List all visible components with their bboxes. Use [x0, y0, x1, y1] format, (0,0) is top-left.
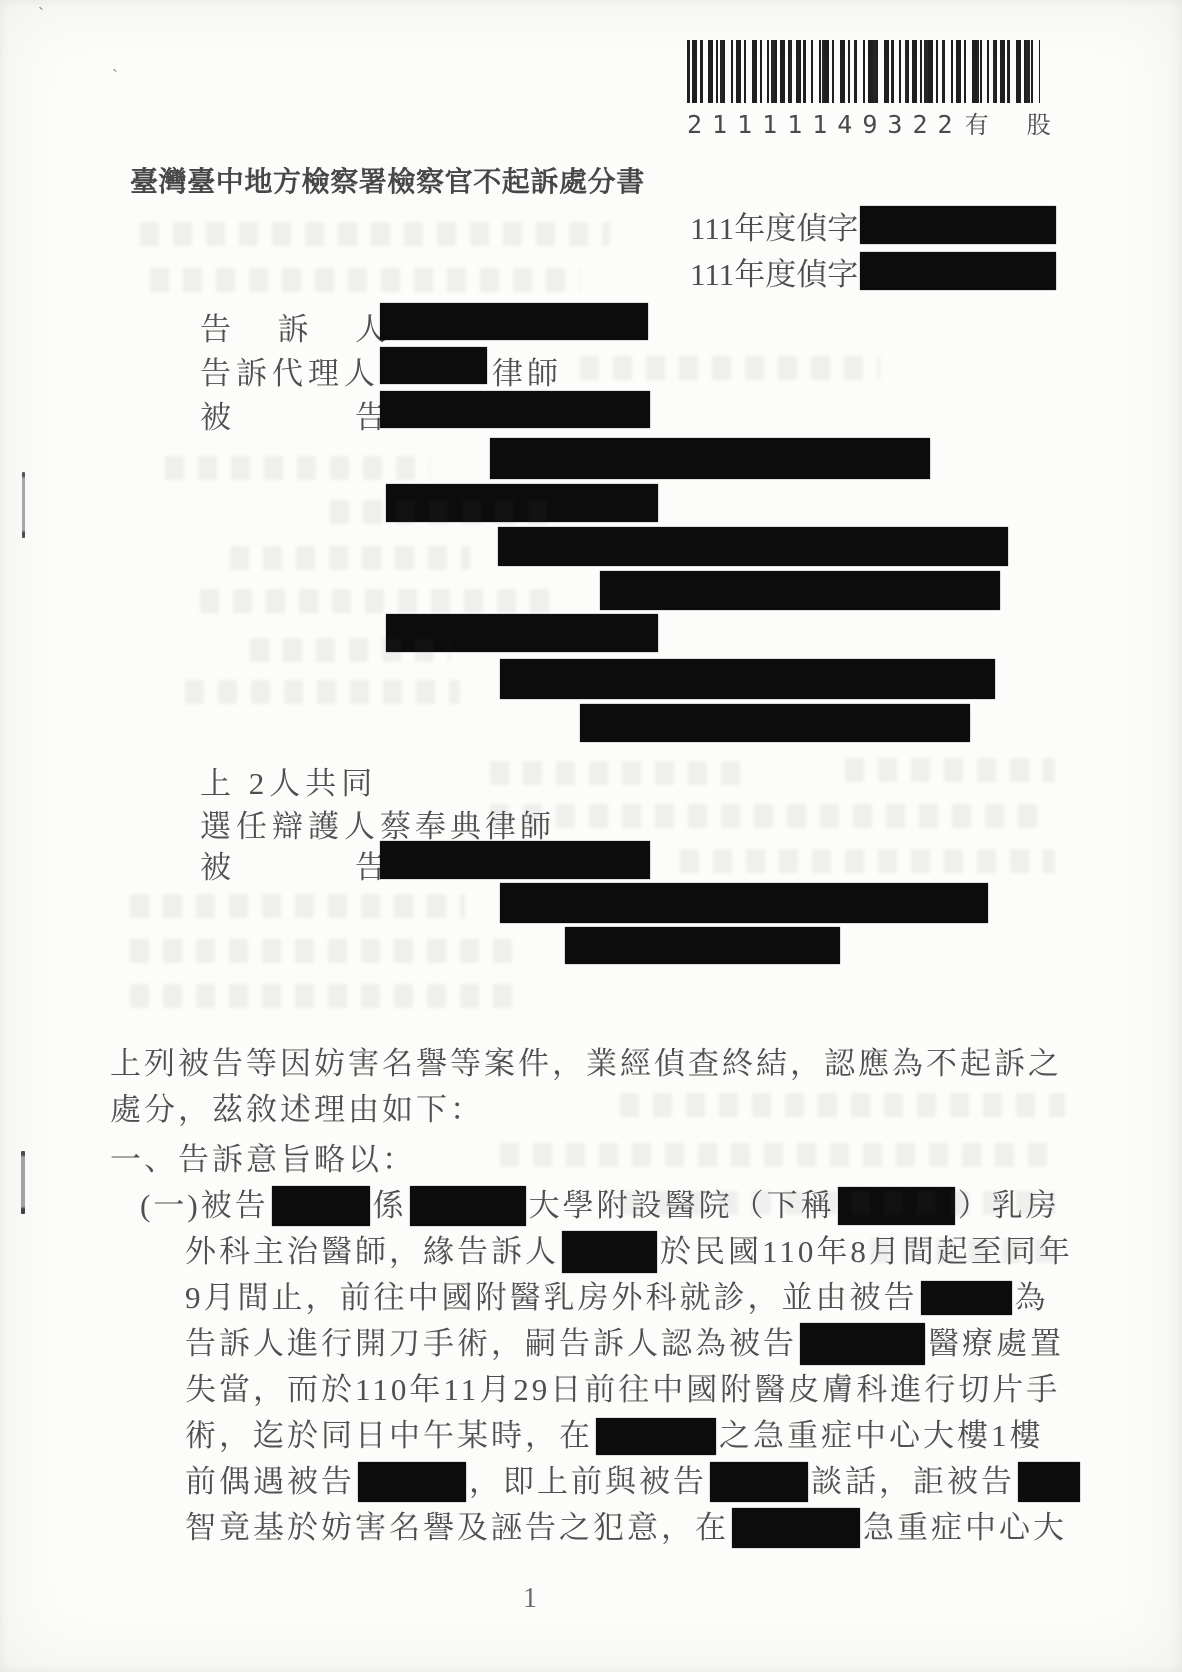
body-text: 9月間止，前往中國附醫乳房外科就診，並由被告	[185, 1276, 918, 1320]
redaction-bar	[358, 1462, 466, 1502]
body-line: 一、告訴意旨略以：	[110, 1138, 416, 1182]
redaction-bar	[800, 1323, 925, 1365]
party-label: 上 2人共同	[200, 758, 377, 803]
party-label: 選任辯護人	[200, 801, 380, 846]
redaction-bar	[380, 347, 487, 384]
redaction-bar	[380, 841, 650, 879]
redaction-bar	[1018, 1462, 1080, 1502]
body-line: 告訴人進行開刀手術，嗣告訴人認為被告醫療處置	[185, 1322, 1064, 1366]
party-label-char: 訴	[278, 304, 309, 349]
party-text: 蔡奉典律師	[380, 801, 555, 846]
party-label: 被告	[200, 392, 386, 437]
body-line: 術，迄於同日中午某時，在之急重症中心大樓1樓	[185, 1414, 1044, 1458]
barcode-digits: 21111149322	[687, 110, 963, 139]
body-text: 大學附設醫院（下稱	[529, 1184, 835, 1228]
party-label: 被告	[200, 842, 386, 887]
party-row: 告訴代理人律師	[0, 347, 1182, 389]
scan-speck: `	[112, 66, 118, 87]
party-row	[0, 438, 1182, 480]
party-label-char: 被	[200, 392, 231, 437]
redaction-bar	[386, 614, 658, 652]
body-text: 處分，茲敘述理由如下：	[110, 1088, 484, 1132]
redaction-bar	[380, 303, 648, 340]
page-number: 1	[455, 1583, 605, 1615]
body-text: 術，迄於同日中午某時，在	[185, 1414, 593, 1458]
document-title: 臺灣臺中地方檢察署檢察官不起訴處分書	[130, 160, 645, 200]
party-row	[0, 704, 1182, 746]
body-text: 談話，詎被告	[811, 1460, 1015, 1504]
bleedthrough-artifact	[140, 222, 610, 246]
body-line: 前偶遇被告，即上前與被告談話，詎被告	[185, 1460, 1083, 1504]
party-label-char: 告	[200, 304, 231, 349]
redaction-bar	[860, 206, 1056, 244]
bleedthrough-artifact	[130, 984, 515, 1008]
body-text: 於民國110年8月間起至同年	[660, 1230, 1073, 1274]
party-row	[0, 614, 1182, 656]
redaction-bar	[498, 527, 1008, 566]
redaction-bar	[410, 1186, 526, 1226]
party-label: 告訴代理人	[200, 348, 380, 393]
body-text: 上列被告等因妨害名譽等案件，業經偵查終結，認應為不起訴之	[110, 1042, 1062, 1086]
redaction-bar	[596, 1418, 716, 1455]
body-line: 處分，茲敘述理由如下：	[110, 1088, 484, 1132]
bleedthrough-artifact	[620, 1093, 1065, 1117]
party-row: 告訴人	[0, 303, 1182, 345]
redaction-bar	[860, 252, 1056, 290]
barcode-suffix-text: 有 股	[965, 113, 1067, 139]
case-number-prefix: 111年度偵字	[690, 249, 858, 294]
body-text: 之急重症中心大樓1樓	[719, 1414, 1044, 1458]
body-text: 醫療處置	[928, 1322, 1064, 1366]
case-number-line-1: 111年度偵字	[690, 205, 1056, 245]
redaction-bar	[562, 1231, 657, 1273]
barcode-image	[687, 40, 1040, 103]
party-row	[0, 927, 1182, 969]
body-line: 上列被告等因妨害名譽等案件，業經偵查終結，認應為不起訴之	[110, 1042, 1062, 1086]
party-row: 被告	[0, 391, 1182, 433]
body-text: 智竟基於妨害名譽及誣告之犯意，在	[185, 1506, 729, 1550]
case-number-line-2: 111年度偵字	[690, 251, 1056, 291]
barcode-block: 21111149322有 股	[687, 40, 1040, 140]
body-text: (一)被告	[140, 1184, 269, 1228]
redaction-bar	[732, 1508, 860, 1548]
staple-mark	[22, 472, 25, 538]
body-line: (一)被告係大學附設醫院（下稱）乳房	[140, 1184, 1060, 1228]
party-text: 律師	[492, 348, 562, 393]
staple-mark	[21, 1151, 25, 1214]
body-text: 前偶遇被告	[185, 1460, 355, 1504]
party-row: 選任辯護人蔡奉典律師	[0, 800, 1182, 842]
redaction-bar	[710, 1462, 808, 1502]
scanned-document-page: 21111149322有 股 臺灣臺中地方檢察署檢察官不起訴處分書 111年度偵…	[0, 0, 1182, 1672]
body-text: 為	[1015, 1276, 1049, 1320]
body-text: ，即上前與被告	[469, 1460, 707, 1504]
party-row	[0, 571, 1182, 613]
body-text: 外科主治醫師，緣告訴人	[185, 1230, 559, 1274]
party-label-char: 被	[200, 842, 231, 887]
redaction-bar	[490, 438, 930, 479]
body-text: ）乳房	[958, 1184, 1060, 1228]
redaction-bar	[565, 927, 840, 964]
party-row	[0, 527, 1182, 569]
party-row	[0, 659, 1182, 701]
bleedthrough-artifact	[150, 268, 580, 292]
body-line: 失當，而於110年11月29日前往中國附醫皮膚科進行切片手	[185, 1368, 1060, 1412]
body-text: 急重症中心大	[863, 1506, 1067, 1550]
redaction-bar	[386, 484, 658, 522]
redaction-bar	[600, 571, 1000, 610]
body-line: 外科主治醫師，緣告訴人於民國110年8月間起至同年	[185, 1230, 1073, 1274]
redaction-bar	[580, 704, 970, 742]
party-row	[0, 883, 1182, 925]
body-text: 告訴人進行開刀手術，嗣告訴人認為被告	[185, 1322, 797, 1366]
party-label: 告訴人	[200, 304, 386, 349]
body-text: 一、告訴意旨略以：	[110, 1138, 416, 1182]
redaction-bar	[500, 883, 988, 923]
redaction-bar	[272, 1186, 370, 1226]
redaction-bar	[380, 391, 650, 428]
barcode-label: 21111149322有 股	[687, 105, 1040, 140]
party-row	[0, 484, 1182, 526]
redaction-bar	[500, 659, 995, 699]
body-text: 失當，而於110年11月29日前往中國附醫皮膚科進行切片手	[185, 1368, 1060, 1412]
body-line: 智竟基於妨害名譽及誣告之犯意，在急重症中心大	[185, 1506, 1067, 1550]
bleedthrough-artifact	[500, 1143, 1055, 1167]
scan-speck: `	[38, 4, 44, 25]
party-row: 上 2人共同	[0, 757, 1182, 799]
party-row: 被告	[0, 841, 1182, 883]
redaction-bar	[921, 1281, 1012, 1315]
body-line: 9月間止，前往中國附醫乳房外科就診，並由被告為	[185, 1276, 1049, 1320]
case-number-prefix: 111年度偵字	[690, 203, 858, 248]
body-text: 係	[373, 1184, 407, 1228]
redaction-bar	[838, 1187, 955, 1225]
